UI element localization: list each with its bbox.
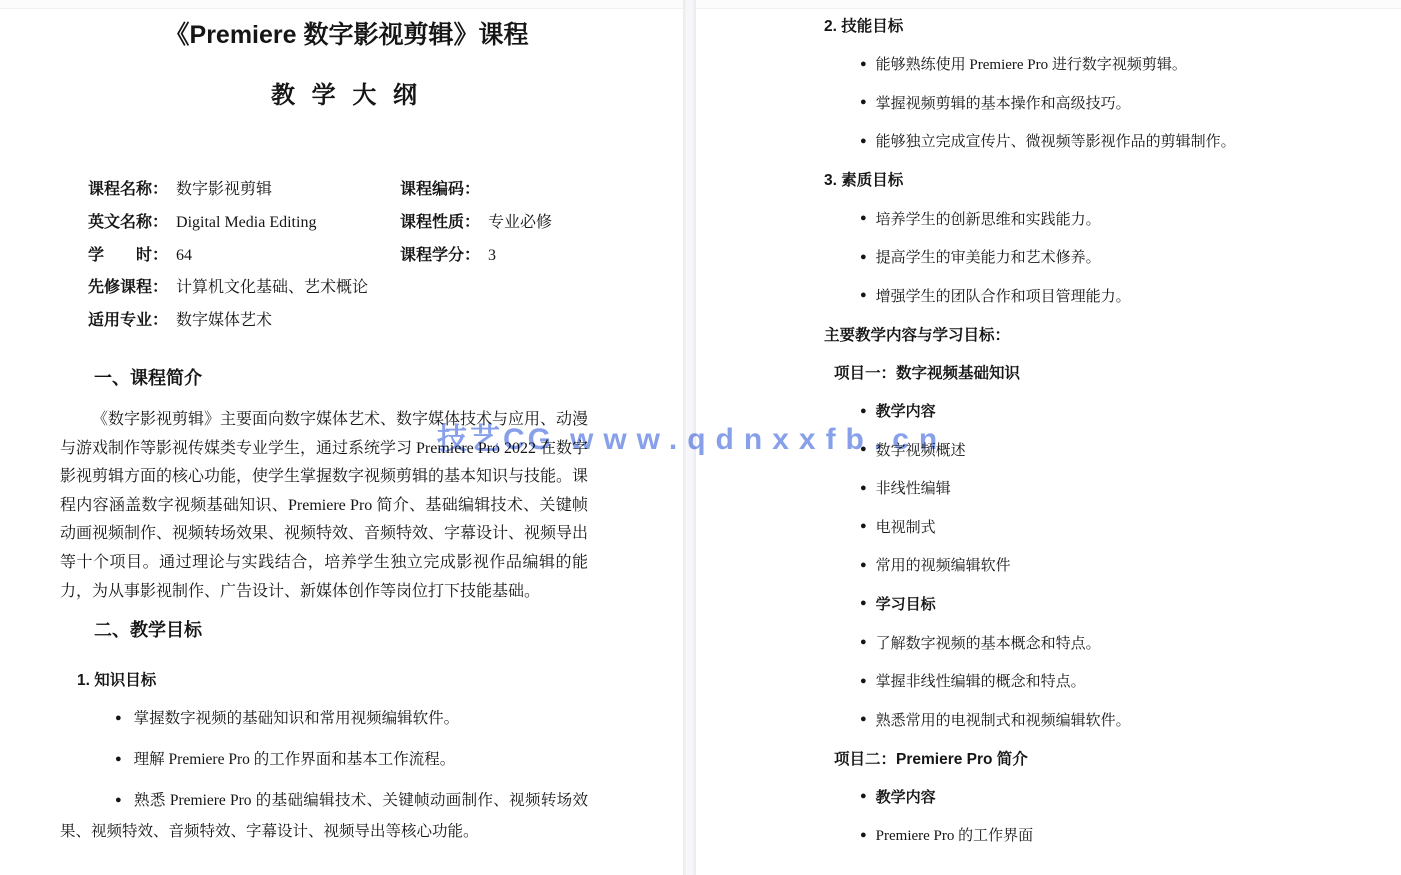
knowledge-bullet-list: ●掌握数字视频的基础知识和常用视频编辑软件。 ●理解 Premiere Pro … [60, 704, 633, 847]
bullet-icon: ● [860, 135, 867, 147]
info-label: 课程名称： [88, 174, 168, 207]
bullet-label: 了解数字视频的基本概念和特点。 [876, 632, 1101, 653]
quality-goals-heading: 3. 素质目标 [824, 160, 1401, 199]
list-item: ●Premiere Pro 的工作界面 [824, 815, 1401, 854]
bullet-label: Premiere Pro 的工作界面 [876, 824, 1033, 845]
bullet-label: 掌握非线性编辑的概念和特点。 [876, 670, 1086, 691]
watermark-brand-text: 技艺CG [437, 423, 554, 456]
course-info-row: 课程名称：数字影视剪辑 课程编码： [88, 174, 633, 207]
bullet-label: 电视制式 [876, 516, 936, 537]
skill-bullet-list: ●能够熟练使用 Premiere Pro 进行数字视频剪辑。 ●掌握视频剪辑的基… [824, 45, 1401, 161]
course-info-col1: 先修课程：计算机文化基础、艺术概论 [88, 272, 400, 305]
list-item: ●非线性编辑 [824, 469, 1401, 508]
list-item: ●掌握数字视频的基础知识和常用视频编辑软件。 [60, 704, 588, 735]
list-item: ●熟悉常用的电视制式和视频编辑软件。 [824, 700, 1401, 739]
list-item: ●理解 Premiere Pro 的工作界面和基本工作流程。 [60, 745, 588, 776]
bullet-label: 培养学生的创新思维和实践能力。 [876, 208, 1101, 229]
bullet-label: 常用的视频编辑软件 [876, 554, 1011, 575]
bullet-label: 学习目标 [876, 593, 936, 614]
info-value: 数字影视剪辑 [176, 174, 272, 207]
bullet-label: 熟悉常用的电视制式和视频编辑软件。 [876, 709, 1131, 730]
quality-bullet-list: ●培养学生的创新思维和实践能力。 ●提高学生的审美能力和艺术修养。 ●增强学生的… [824, 199, 1401, 315]
list-item: ●学习目标 [824, 584, 1401, 623]
bullet-icon: ● [860, 675, 867, 687]
course-info-col1: 英文名称：Digital Media Editing [88, 207, 400, 240]
main-content-heading: 主要教学内容与学习目标： [824, 314, 1401, 353]
bullet-label: 增强学生的团队合作和项目管理能力。 [876, 285, 1131, 306]
course-info-row: 学 时：64 课程学分：3 [88, 240, 633, 273]
bullet-label: 提高学生的审美能力和艺术修养。 [876, 246, 1101, 267]
bullet-label: 非线性编辑 [876, 477, 951, 498]
project1-heading: 项目一：数字视频基础知识 [824, 353, 1401, 392]
section-heading-intro: 一、课程简介 [94, 366, 633, 390]
course-info-col2: 课程性质：专业必修 [400, 207, 552, 240]
bullet-label: 能够独立完成宣传片、微视频等影视作品的剪辑制作。 [876, 130, 1236, 151]
project2-bullet-list: ●教学内容 ●Premiere Pro 的工作界面 [824, 777, 1401, 854]
list-item: ●培养学生的创新思维和实践能力。 [824, 199, 1401, 238]
list-item: ●增强学生的团队合作和项目管理能力。 [824, 276, 1401, 315]
bullet-label: 掌握视频剪辑的基本操作和高级技巧。 [876, 92, 1131, 113]
info-label: 先修课程： [88, 272, 168, 305]
info-label: 适用专业： [88, 305, 168, 338]
watermark: 技艺CGwww.qdnxxfb.cn [437, 414, 947, 458]
bullet-icon: ● [860, 289, 867, 301]
info-value: 数字媒体艺术 [176, 305, 272, 338]
bullet-label: 理解 Premiere Pro 的工作界面和基本工作流程。 [134, 751, 456, 768]
list-item: ●常用的视频编辑软件 [824, 546, 1401, 585]
list-item: ●能够熟练使用 Premiere Pro 进行数字视频剪辑。 [824, 45, 1401, 84]
course-info-col1: 学 时：64 [88, 240, 400, 273]
watermark-url-text: www.qdnxxfb.cn [570, 423, 947, 456]
bullet-icon: ● [115, 753, 122, 765]
info-label: 课程性质： [400, 207, 480, 240]
skill-goals-heading: 2. 技能目标 [824, 6, 1401, 45]
bullet-icon: ● [860, 559, 867, 571]
list-item: ●教学内容 [824, 777, 1401, 816]
course-info-col1: 适用专业：数字媒体艺术 [88, 305, 400, 338]
bullet-icon: ● [115, 794, 122, 806]
bullet-icon: ● [860, 829, 867, 841]
info-value: 专业必修 [488, 207, 552, 240]
section-heading-goals: 二、教学目标 [94, 618, 633, 642]
list-item: ●掌握非线性编辑的概念和特点。 [824, 661, 1401, 700]
bullet-label: 熟悉 Premiere Pro 的基础编辑技术、关键帧动画制作、视频转场效果、视… [60, 792, 588, 840]
document-viewer: 《Premiere 数字影视剪辑》课程 教 学 大 纲 课程名称：数字影视剪辑 … [0, 0, 1401, 875]
course-info-row: 英文名称：Digital Media Editing 课程性质：专业必修 [88, 207, 633, 240]
doc-title-line1: 《Premiere 数字影视剪辑》课程 [60, 20, 633, 50]
course-info-col2: 课程学分：3 [400, 240, 496, 273]
list-item: ●了解数字视频的基本概念和特点。 [824, 623, 1401, 662]
info-label: 英文名称： [88, 207, 168, 240]
knowledge-goals-heading: 1. 知识目标 [77, 671, 633, 691]
bullet-icon: ● [860, 520, 867, 532]
info-value: Digital Media Editing [176, 207, 316, 240]
bullet-icon: ● [860, 713, 867, 725]
bullet-icon: ● [860, 790, 867, 802]
course-info-col2: 课程编码： [400, 174, 488, 207]
bullet-icon: ● [860, 212, 867, 224]
info-value: 3 [488, 240, 496, 273]
course-info-block: 课程名称：数字影视剪辑 课程编码： 英文名称：Digital Media Edi… [88, 174, 633, 338]
project2-heading: 项目二：Premiere Pro 简介 [824, 738, 1401, 777]
course-info-col1: 课程名称：数字影视剪辑 [88, 174, 400, 207]
list-item: ●掌握视频剪辑的基本操作和高级技巧。 [824, 83, 1401, 122]
bullet-icon: ● [115, 712, 122, 724]
bullet-icon: ● [860, 251, 867, 263]
bullet-label: 掌握数字视频的基础知识和常用视频编辑软件。 [134, 710, 460, 727]
list-item: ●电视制式 [824, 507, 1401, 546]
course-info-row: 先修课程：计算机文化基础、艺术概论 [88, 272, 633, 305]
course-info-row: 适用专业：数字媒体艺术 [88, 305, 633, 338]
bullet-label: 能够熟练使用 Premiere Pro 进行数字视频剪辑。 [876, 53, 1187, 74]
bullet-icon: ● [860, 482, 867, 494]
bullet-icon: ● [860, 96, 867, 108]
info-label: 学 时： [88, 240, 168, 273]
bullet-icon: ● [860, 597, 867, 609]
info-label: 课程编码： [400, 174, 480, 207]
bullet-icon: ● [860, 636, 867, 648]
bullet-label: 教学内容 [876, 786, 936, 807]
list-item: ●提高学生的审美能力和艺术修养。 [824, 237, 1401, 276]
course-info-col2 [400, 272, 408, 305]
doc-title-line2: 教 学 大 纲 [60, 82, 633, 110]
info-label: 课程学分： [400, 240, 480, 273]
list-item: ●熟悉 Premiere Pro 的基础编辑技术、关键帧动画制作、视频转场效果、… [60, 786, 588, 847]
info-value: 64 [176, 240, 192, 273]
info-value: 计算机文化基础、艺术概论 [176, 272, 368, 305]
list-item: ●能够独立完成宣传片、微视频等影视作品的剪辑制作。 [824, 122, 1401, 161]
bullet-icon: ● [860, 58, 867, 70]
course-info-col2 [400, 305, 408, 338]
